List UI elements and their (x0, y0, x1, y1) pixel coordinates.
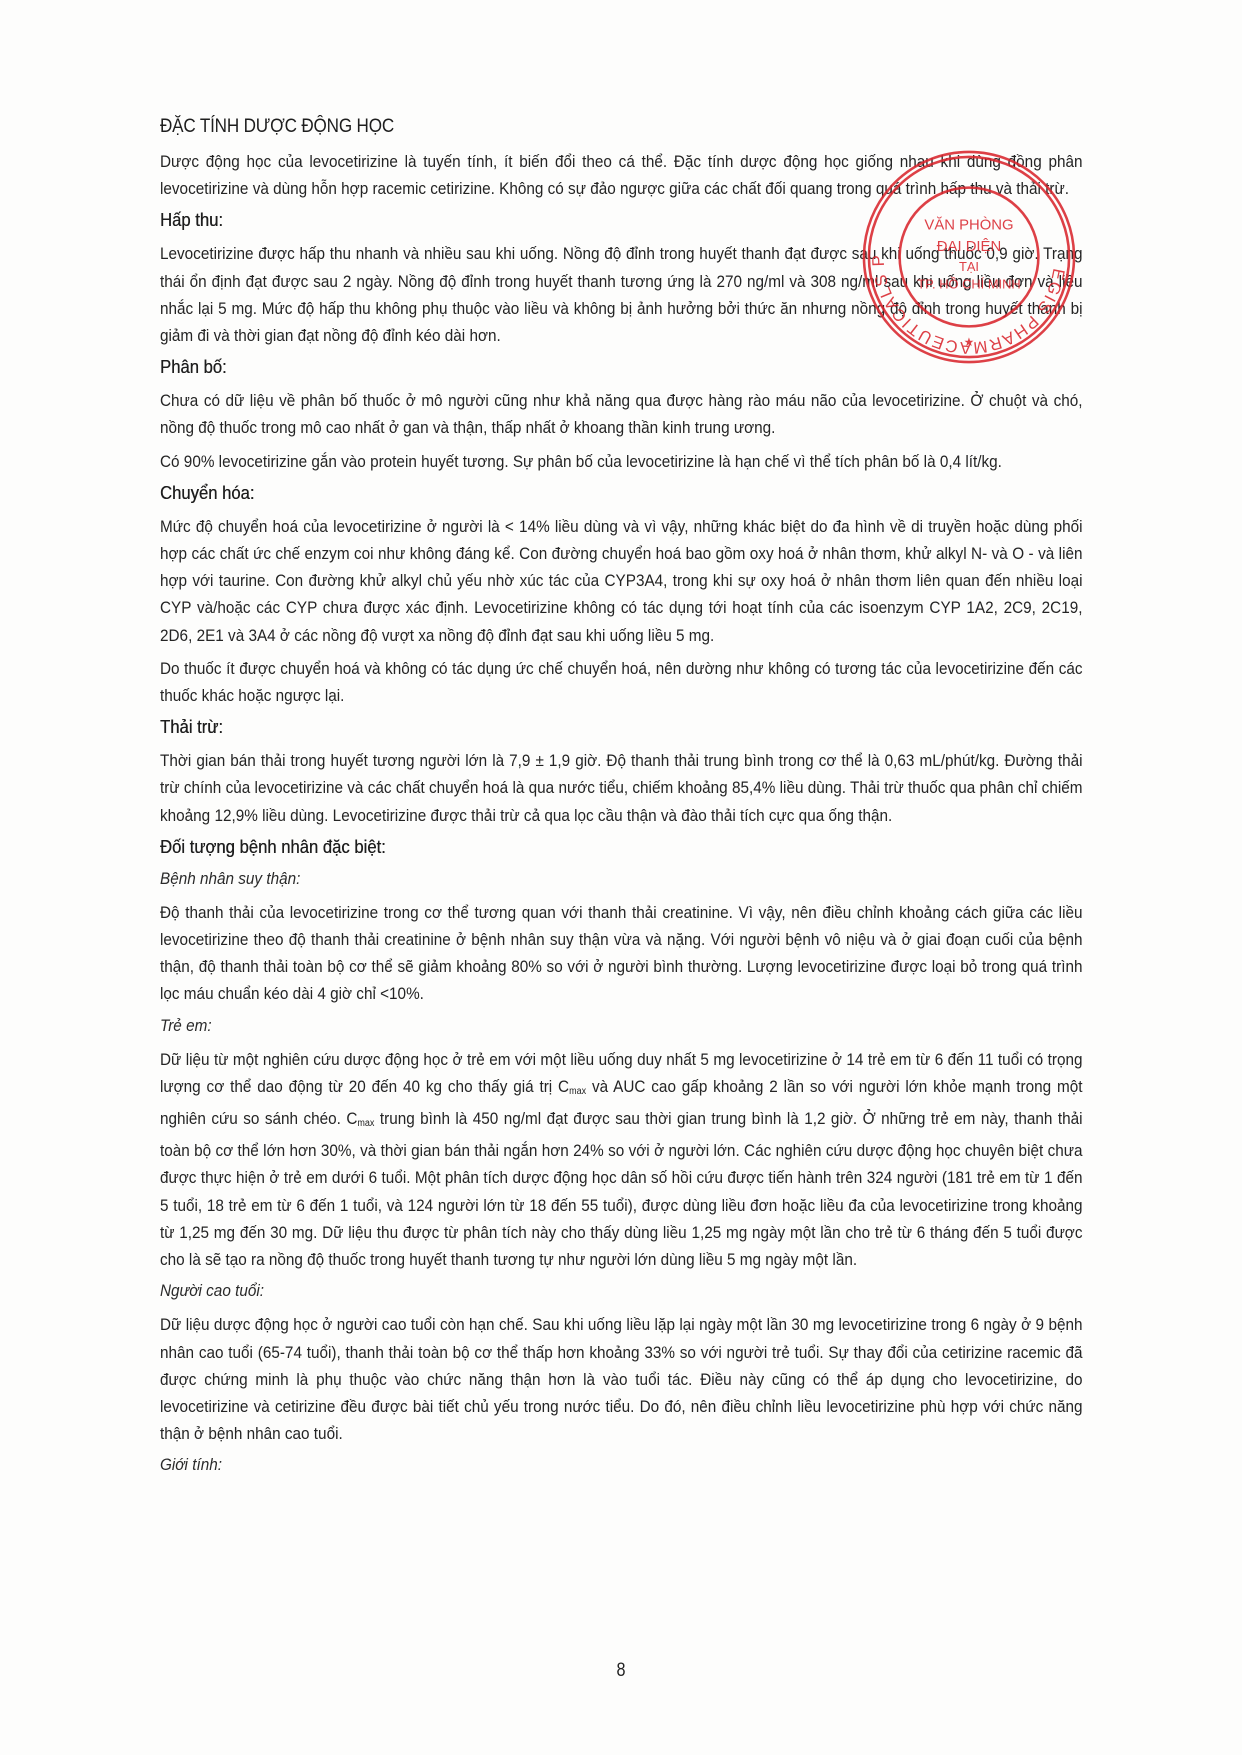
page-number: 8 (93, 1660, 1149, 1682)
metabolism-paragraph-2: Do thuốc ít được chuyển hoá và không có … (160, 655, 1083, 709)
distribution-paragraph-2: Có 90% levocetirizine gắn vào protein hu… (160, 448, 1083, 475)
elimination-paragraph: Thời gian bán thải trong huyết tương ngư… (160, 747, 1083, 829)
children-paragraph: Dữ liệu từ một nghiên cứu dược động học … (160, 1046, 1083, 1274)
distribution-paragraph-1: Chưa có dữ liệu về phân bố thuốc ở mô ng… (160, 387, 1083, 441)
subheading-gender: Giới tính: (160, 1453, 1083, 1477)
metabolism-paragraph-1: Mức độ chuyển hoá của levocetirizine ở n… (160, 513, 1083, 649)
section-title: ĐẶC TÍNH DƯỢC ĐỘNG HỌC (160, 115, 1083, 139)
heading-distribution: Phân bố: (160, 355, 1083, 379)
subheading-children: Trẻ em: (160, 1014, 1083, 1038)
document-page: ĐẶC TÍNH DƯỢC ĐỘNG HỌC Dược động học của… (160, 115, 1083, 1485)
intro-paragraph: Dược động học của levocetirizine là tuyế… (160, 148, 1083, 202)
elderly-paragraph: Dữ liệu dược động học ở người cao tuổi c… (160, 1311, 1083, 1447)
renal-paragraph: Độ thanh thải của levocetirizine trong c… (160, 899, 1083, 1008)
subheading-renal: Bệnh nhân suy thận: (160, 867, 1083, 891)
heading-special-populations: Đối tượng bệnh nhân đặc biệt: (160, 835, 1083, 859)
heading-metabolism: Chuyển hóa: (160, 481, 1083, 505)
subheading-elderly: Người cao tuổi: (160, 1279, 1083, 1303)
heading-absorption: Hấp thu: (160, 208, 1083, 232)
absorption-paragraph: Levocetirizine được hấp thu nhanh và nhi… (160, 240, 1083, 349)
heading-elimination: Thải trừ: (160, 715, 1083, 739)
